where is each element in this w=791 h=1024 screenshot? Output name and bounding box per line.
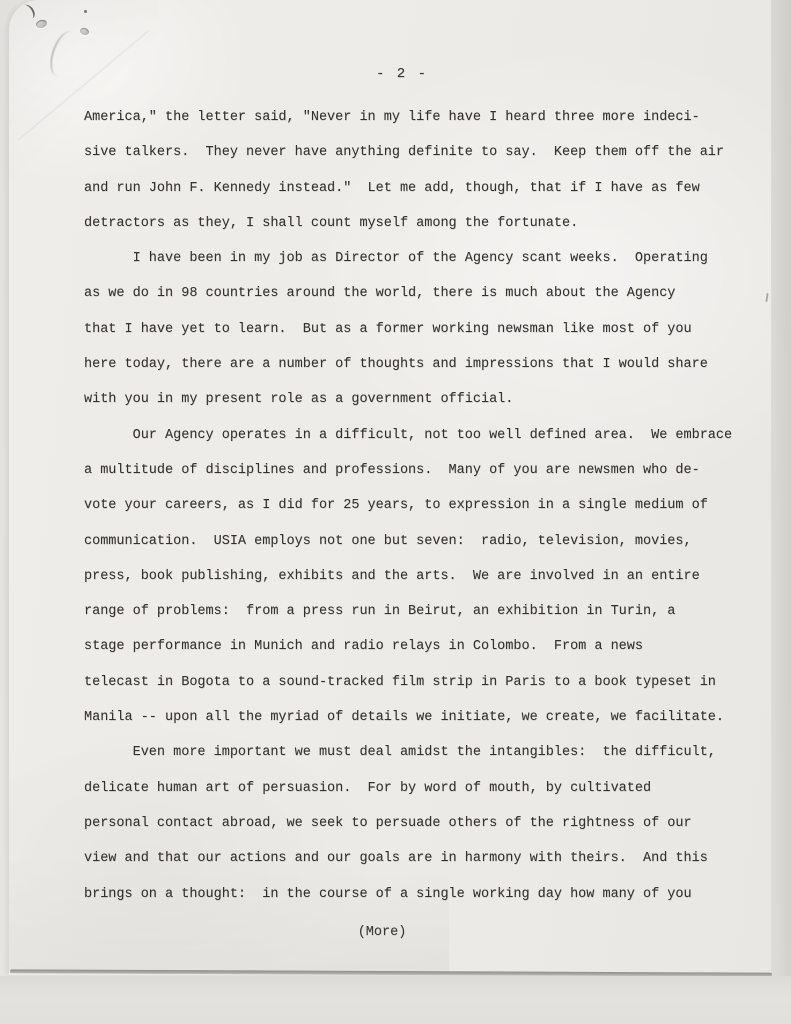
text-line: here today, there are a number of though… <box>84 347 764 382</box>
text-line: stage performance in Munich and radio re… <box>84 629 764 664</box>
text-line: Our Agency operates in a difficult, not … <box>84 418 764 453</box>
text-line: range of problems: from a press run in B… <box>84 594 764 629</box>
text-line: Even more important we must deal amidst … <box>84 735 764 770</box>
text-line: I have been in my job as Director of the… <box>84 241 764 276</box>
text-line: sive talkers. They never have anything d… <box>84 135 764 170</box>
scanned-document: - 2 - America," the letter said, "Never … <box>0 0 791 1024</box>
page-number: - 2 - <box>21 66 783 82</box>
text-line: detractors as they, I shall count myself… <box>84 206 764 241</box>
text-line: Manila -- upon all the myriad of details… <box>84 700 764 735</box>
text-line: press, book publishing, exhibits and the… <box>84 559 764 594</box>
text-line: view and that our actions and our goals … <box>84 841 764 876</box>
document-page: - 2 - America," the letter said, "Never … <box>9 0 771 975</box>
text-line: personal contact abroad, we seek to pers… <box>84 806 764 841</box>
continuation-marker: (More) <box>1 925 763 940</box>
document-body: America," the letter said, "Never in my … <box>84 100 764 912</box>
pen-dot-mark <box>84 10 87 13</box>
text-line: with you in my present role as a governm… <box>84 382 764 417</box>
text-line: America," the letter said, "Never in my … <box>84 100 764 135</box>
text-line: a multitude of disciplines and professio… <box>84 453 764 488</box>
text-line: that I have yet to learn. But as a forme… <box>84 312 764 347</box>
scanner-background <box>0 976 791 1024</box>
text-line: vote your careers, as I did for 25 years… <box>84 488 764 523</box>
text-line: delicate human art of persuasion. For by… <box>84 771 764 806</box>
text-line: communication. USIA employs not one but … <box>84 524 764 559</box>
text-line: telecast in Bogota to a sound-tracked fi… <box>84 665 764 700</box>
text-line: as we do in 98 countries around the worl… <box>84 276 764 311</box>
text-line: brings on a thought: in the course of a … <box>84 877 764 912</box>
edge-mark <box>765 293 768 302</box>
scanner-edge <box>771 0 791 976</box>
text-line: and run John F. Kennedy instead." Let me… <box>84 171 764 206</box>
